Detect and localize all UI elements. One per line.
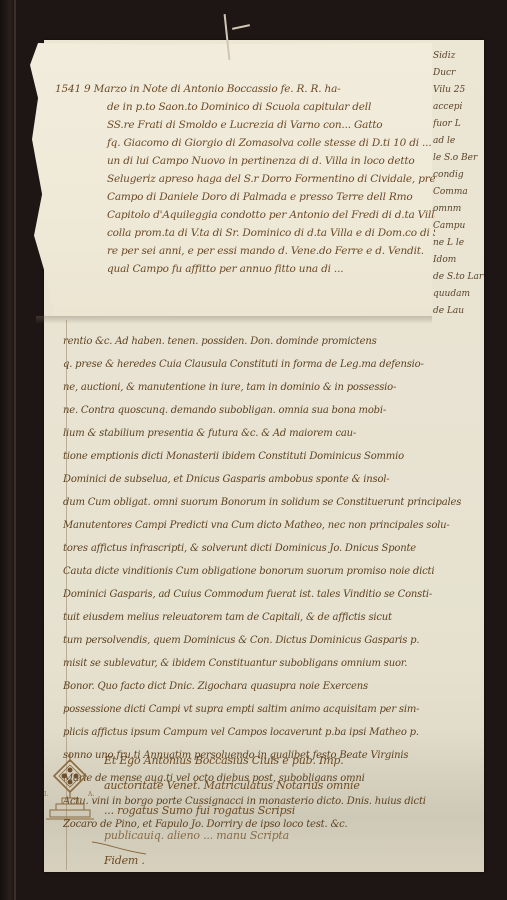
- right-margin-strip: Sidiz Ducr Vilu 25 accepi fuor L ad le l…: [433, 48, 485, 320]
- body-line: Dominici de subselua, et Dnicus Gasparis…: [63, 468, 491, 491]
- slip-line: de in p.to Saon.to Dominico di Scuola ca…: [55, 98, 435, 116]
- slip-line: Selugeriz apreso haga del S.r Dorro Form…: [55, 170, 435, 188]
- slip-line: Capitolo d'Aquileggia condotto per Anton…: [55, 206, 435, 224]
- slip-text: 1541 9 Marzo in Note di Antonio Boccassi…: [55, 80, 435, 278]
- signature-line: publicauiq. alieno ... manu Scripta: [104, 823, 464, 848]
- body-line: ne. Contra quoscunq. demando subobligan.…: [63, 399, 491, 422]
- slip-line: colla prom.ta di V.ta di Sr. Dominico di…: [55, 224, 435, 242]
- notary-signum-icon: I. A.: [42, 752, 98, 822]
- body-line: lium & stabilium presentia & futura &c. …: [63, 422, 491, 445]
- binding-line: [14, 0, 16, 900]
- slip-line: SS.re Frati di Smoldo e Lucrezia di Varn…: [55, 116, 435, 134]
- body-line: plicis affictus ipsum Campum vel Campos …: [63, 721, 491, 744]
- signature-line: Fidem .: [104, 848, 464, 873]
- signature-line: auctoritate Venet. Matriculatus Notarius…: [104, 773, 464, 798]
- body-line: Dominici Gasparis, ad Cuius Commodum fue…: [63, 583, 491, 606]
- body-line: Cauta dicte vinditionis Cum obligatione …: [63, 560, 491, 583]
- svg-text:I.: I.: [44, 791, 48, 798]
- slip-line: re per sei anni, e per essi mando d. Ven…: [55, 242, 435, 260]
- notary-signature-block: Et Ego Antonius Boccasius Ciuis e pub. I…: [104, 748, 464, 873]
- signature-line: Et Ego Antonius Boccasius Ciuis e pub. I…: [104, 748, 464, 773]
- body-line: tione emptionis dicti Monasterii ibidem …: [63, 445, 491, 468]
- strip-line: fuor L: [433, 116, 485, 133]
- strip-line: ne L le: [433, 235, 485, 252]
- slip-line: fq. Giacomo di Giorgio di Zomasolva coll…: [55, 134, 435, 152]
- body-line: Bonor. Quo facto dict Dnic. Zigochara qu…: [63, 675, 491, 698]
- strip-line: Idom: [433, 252, 485, 269]
- strip-line: quudam: [433, 286, 485, 303]
- body-line: dum Cum obligat. omni suorum Bonorum in …: [63, 491, 491, 514]
- body-line: rentio &c. Ad haben. tenen. possiden. Do…: [63, 330, 491, 353]
- strip-line: Campu: [433, 218, 485, 235]
- body-line: Manutentores Campi Predicti vna Cum dict…: [63, 514, 491, 537]
- body-line: ne, auctioni, & manutentione in iure, ta…: [63, 376, 491, 399]
- body-line: tores affictus infrascripti, & solverunt…: [63, 537, 491, 560]
- slip-line: qual Campo fu affitto per annuo fitto un…: [55, 260, 435, 278]
- slip-line: Campo di Daniele Doro di Palmada e press…: [55, 188, 435, 206]
- body-line: tum persolvendis, quem Dominicus & Con. …: [63, 629, 491, 652]
- body-line: q. prese & heredes Cuia Clausula Constit…: [63, 353, 491, 376]
- strip-line: Comma: [433, 184, 485, 201]
- strip-line: omnm: [433, 201, 485, 218]
- strip-line: accepi: [433, 99, 485, 116]
- pen-flourish-icon: [90, 840, 150, 856]
- strip-line: condig: [433, 167, 485, 184]
- strip-line: ad le: [433, 133, 485, 150]
- slip-line: un di lui Campo Nuovo in pertinenza di d…: [55, 152, 435, 170]
- binding-thread-end: [232, 24, 250, 30]
- slip-line: 1541 9 Marzo in Note di Antonio Boccassi…: [55, 80, 435, 98]
- strip-line: le S.o Ber: [433, 150, 485, 167]
- strip-line: de Lau: [433, 303, 485, 320]
- svg-text:A.: A.: [87, 791, 94, 798]
- slip-shadow: [36, 316, 432, 324]
- strip-line: Sidiz: [433, 48, 485, 65]
- body-line: tuit eiusdem melius releuatorem tam de C…: [63, 606, 491, 629]
- strip-line: Vilu 25: [433, 82, 485, 99]
- strip-line: de S.to Lar: [433, 269, 485, 286]
- strip-line: Ducr: [433, 65, 485, 82]
- body-line: misit se sublevatur, & ibidem Constituan…: [63, 652, 491, 675]
- signature-line: ... rogatus Sumo fui rogatus Scripsi: [104, 798, 464, 823]
- body-line: possessione dicti Campi vt supra empti s…: [63, 698, 491, 721]
